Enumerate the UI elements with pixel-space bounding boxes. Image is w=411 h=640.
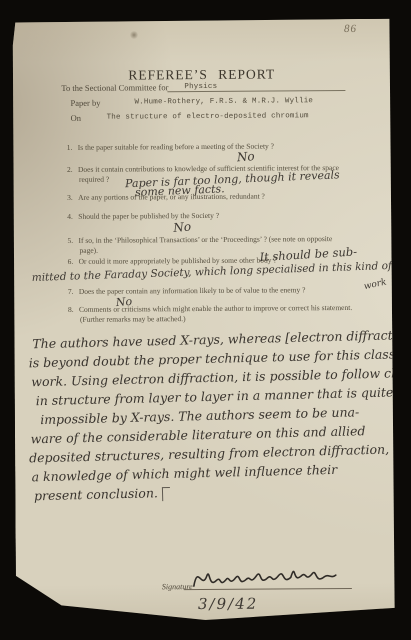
question-6-number: 6.	[68, 257, 79, 267]
question-8-number: 8.	[68, 305, 79, 315]
question-7-number: 7.	[68, 287, 79, 297]
question-8-text-line2: (Further remarks may be attached.)	[80, 312, 384, 324]
question-2-number: 2.	[67, 165, 78, 175]
referee-comments: The authors have used X-rays, whereas [e…	[26, 326, 390, 335]
question-3: 3.Are any portions of the paper, or any …	[67, 191, 383, 203]
question-8-text: Comments or criticisms which might enabl…	[79, 303, 352, 314]
question-1-number: 1.	[67, 143, 78, 153]
question-4: 4.Should the paper be published by the S…	[67, 210, 383, 222]
paper-stain	[130, 30, 138, 39]
paper-by-value: W.Hume-Rothery, F.R.S. & M.R.J. Wyllie	[134, 97, 313, 106]
question-3-text: Are any portions of the paper, or any il…	[78, 192, 265, 202]
document-page: 86 REFEREE’S REPORT To the Sectional Com…	[12, 19, 395, 622]
comment-line-8: a knowledge of which might well influenc…	[31, 462, 337, 484]
question-7-text: Does the paper contain any information l…	[79, 285, 306, 296]
comment-line-9: present conclusion.	[34, 485, 158, 503]
committee-value: Physics	[184, 83, 217, 91]
paper-by-label: Paper by	[70, 98, 100, 108]
subject-value: The structure of electro-deposited chrom…	[107, 112, 309, 121]
date-handwritten: 3/9/42	[198, 595, 258, 613]
question-1: 1.Is the paper suitable for reading befo…	[67, 141, 383, 153]
scan-background: { "page_number": "86", "title": "REFEREE…	[0, 0, 411, 640]
question-5-number: 5.	[67, 236, 78, 246]
answer-q1-handwritten: No	[236, 149, 255, 164]
answer-q4-handwritten: No	[173, 219, 192, 234]
question-3-number: 3.	[67, 193, 78, 203]
subject-label: On	[71, 113, 81, 123]
folio-number-pencil: 86	[344, 23, 357, 35]
question-4-number: 4.	[67, 212, 78, 222]
question-8: 8.Comments or criticisms which might ena…	[68, 303, 384, 324]
question-5-text: If so, in the ‘Philosophical Transaction…	[78, 234, 332, 245]
pencil-bracket-icon	[162, 486, 170, 500]
question-7: 7.Does the paper contain any information…	[68, 285, 384, 297]
committee-label: To the Sectional Committee for	[61, 82, 168, 93]
signature-scrawl-icon	[188, 557, 340, 592]
question-4-text: Should the paper be published by the Soc…	[78, 211, 219, 221]
